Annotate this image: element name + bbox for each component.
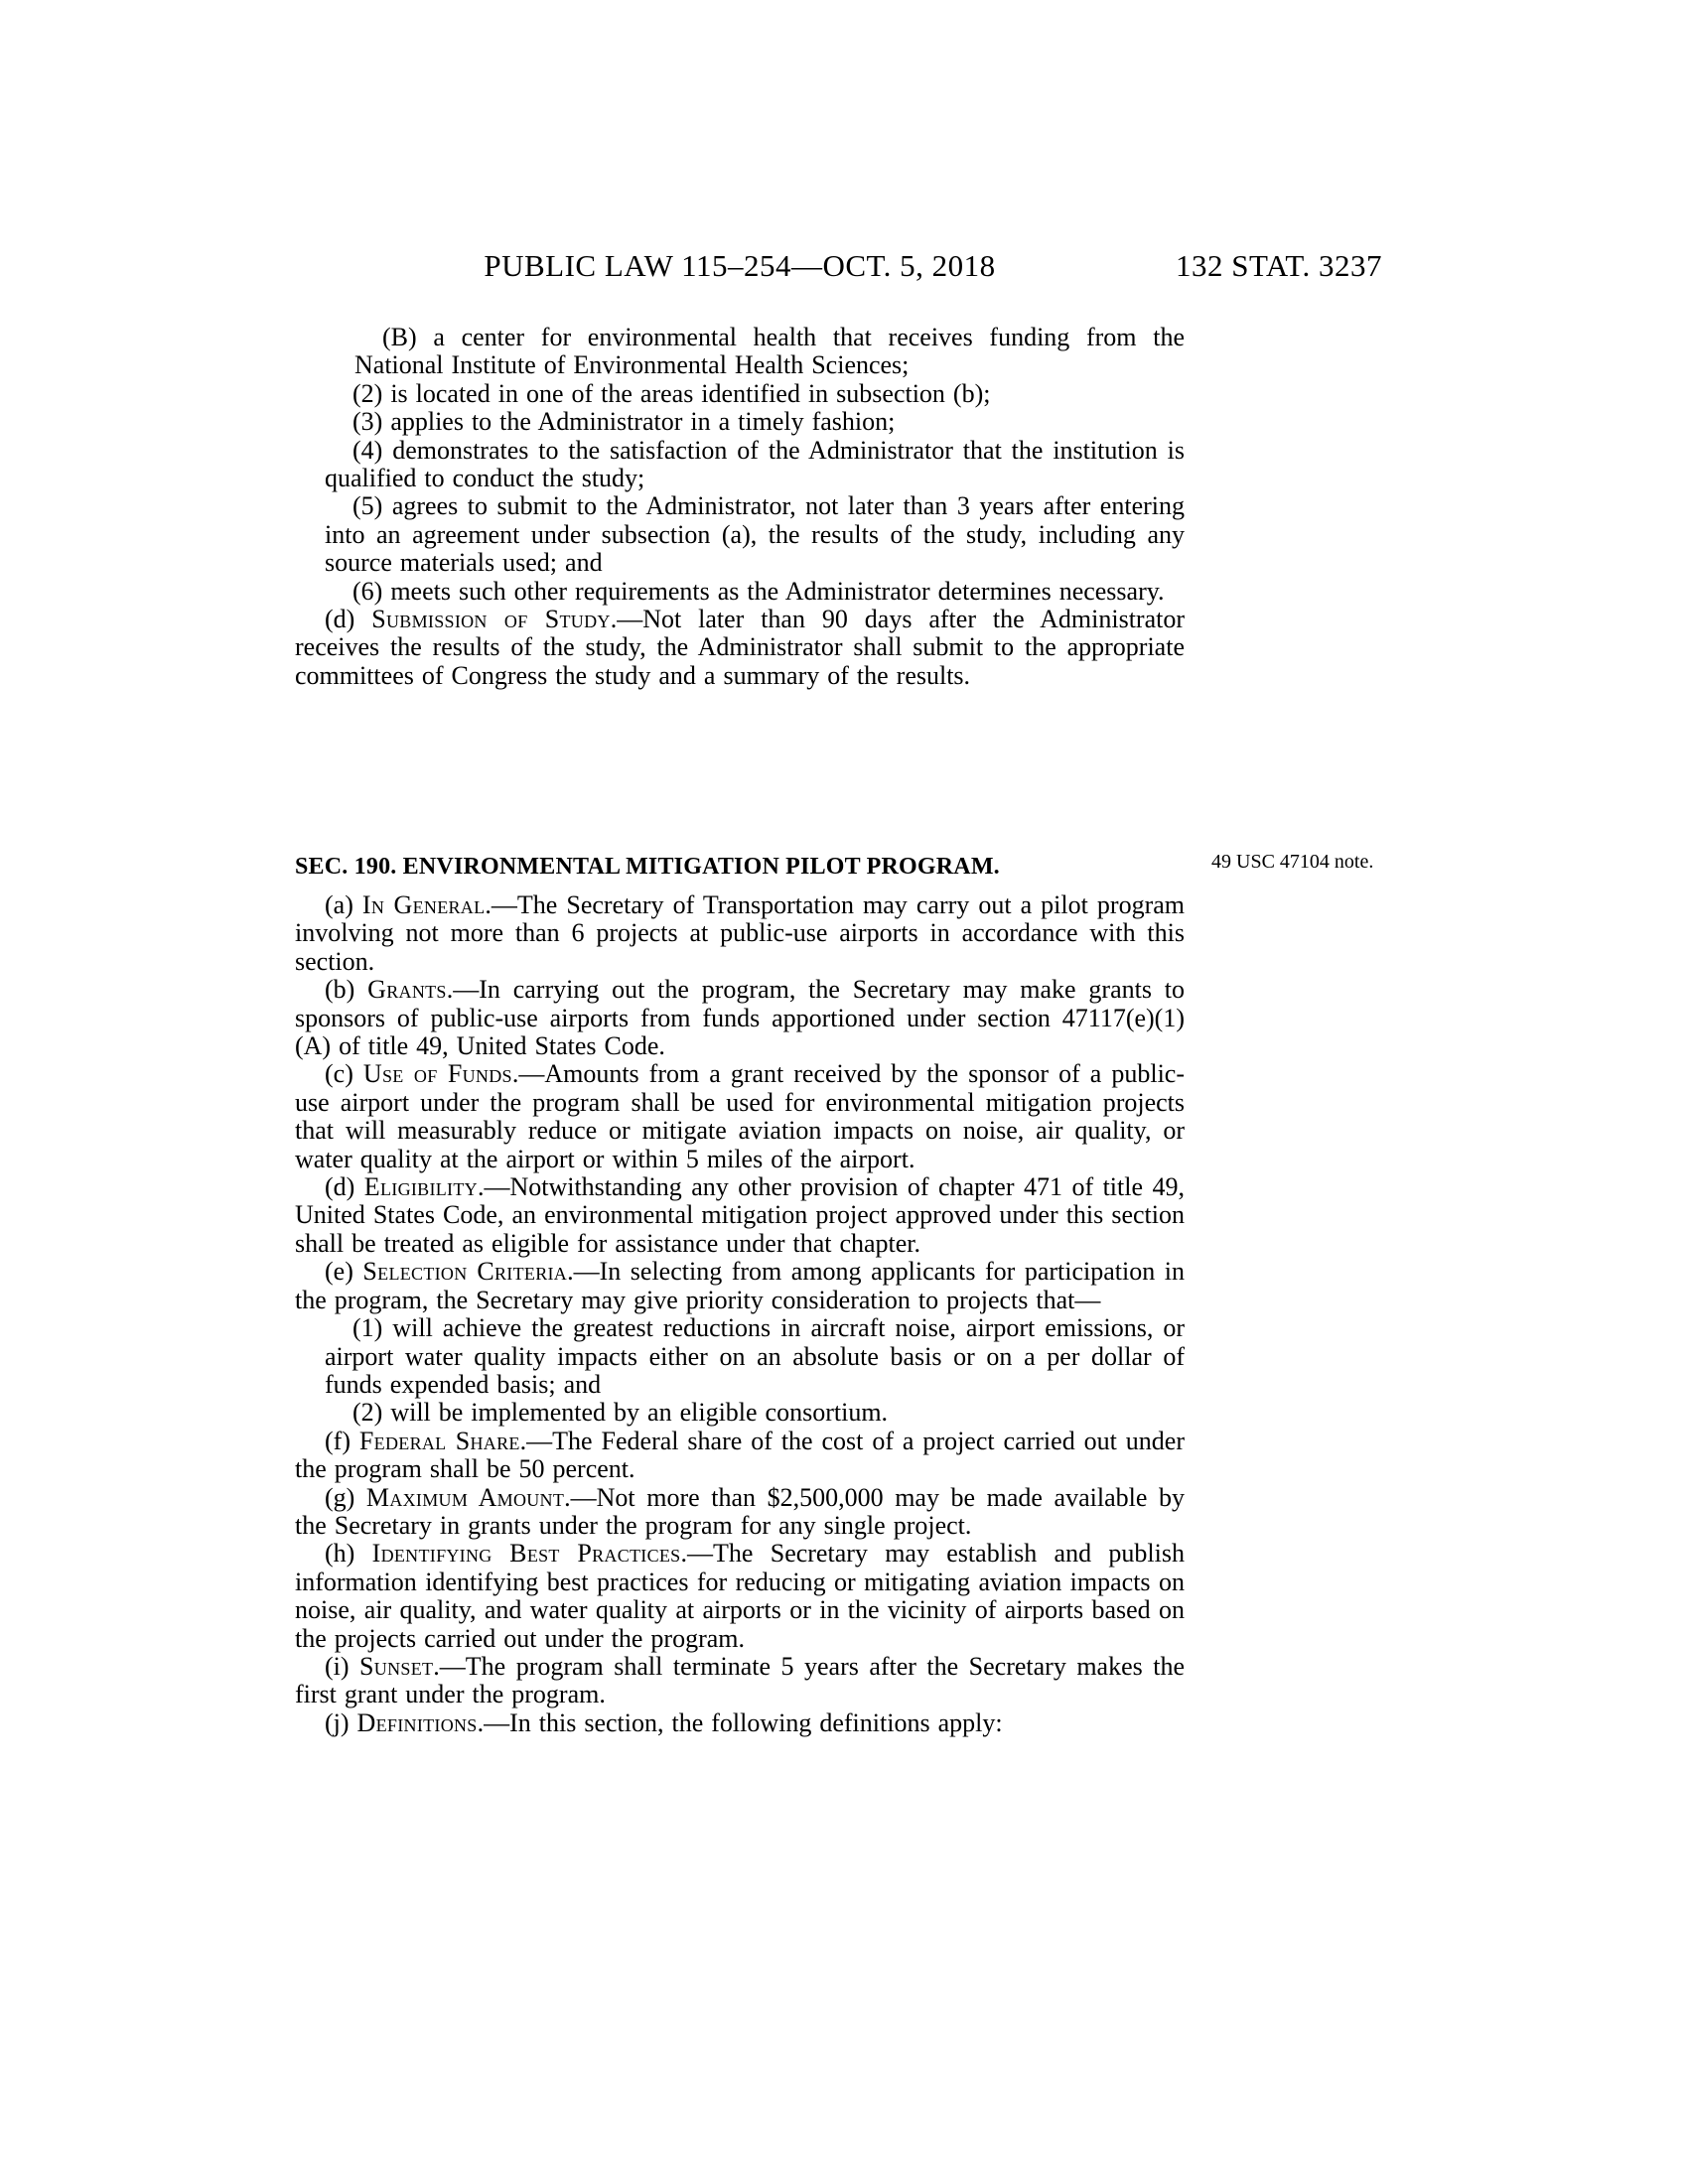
- para-text: .—In this section, the following definit…: [478, 1708, 1003, 1737]
- para-subpara-B: (B) a center for environmental health th…: [354, 324, 1185, 380]
- para-smallcaps: Sunset: [359, 1652, 433, 1681]
- para-prefix: (h): [325, 1539, 372, 1568]
- text-column-upper: (B) a center for environmental health th…: [295, 324, 1185, 690]
- para-text: (6) meets such other requirements as the…: [352, 577, 1165, 606]
- para-text: (5) agrees to submit to the Administrato…: [325, 491, 1185, 577]
- para-subsec-f-federal-share: (f) Federal Share.—The Federal share of …: [295, 1428, 1185, 1484]
- statute-page: PUBLIC LAW 115–254—OCT. 5, 2018 132 STAT…: [0, 0, 1688, 2184]
- para-smallcaps: Maximum Amount: [366, 1483, 564, 1512]
- running-head-law-title: PUBLIC LAW 115–254—OCT. 5, 2018: [295, 248, 1185, 284]
- para-prefix: (d): [325, 1172, 364, 1201]
- para-item-6: (6) meets such other requirements as the…: [325, 578, 1185, 606]
- page-header: PUBLIC LAW 115–254—OCT. 5, 2018 132 STAT…: [295, 248, 1382, 290]
- para-smallcaps: Grants: [367, 975, 447, 1004]
- para-item-2-consortium: (2) will be implemented by an eligible c…: [325, 1399, 1185, 1427]
- para-subsec-c-use-of-funds: (c) Use of Funds.—Amounts from a grant r…: [295, 1060, 1185, 1173]
- para-subsec-d-eligibility: (d) Eligibility.—Notwithstanding any oth…: [295, 1173, 1185, 1258]
- para-prefix: (j): [325, 1708, 357, 1737]
- para-subsec-a-in-general: (a) In General.—The Secretary of Transpo…: [295, 891, 1185, 976]
- margin-note-usc-citation: 49 USC 47104 note.: [1211, 850, 1378, 875]
- para-text: (2) is located in one of the areas ident…: [352, 379, 990, 408]
- para-text: (3) applies to the Administrator in a ti…: [352, 407, 895, 436]
- para-prefix: (e): [325, 1257, 362, 1286]
- para-prefix: (c): [325, 1059, 363, 1088]
- para-subsec-d-submission-of-study: (d) Submission of Study.—Not later than …: [295, 606, 1185, 690]
- para-smallcaps: Identifying Best Practices: [372, 1539, 681, 1568]
- para-item-4: (4) demonstrates to the satisfaction of …: [325, 437, 1185, 493]
- para-subsec-b-grants: (b) Grants.—In carrying out the program,…: [295, 976, 1185, 1060]
- para-subsec-h-best-practices: (h) Identifying Best Practices.—The Secr…: [295, 1540, 1185, 1653]
- para-text: (1) will achieve the greatest reductions…: [325, 1313, 1185, 1399]
- para-prefix: (b): [325, 975, 367, 1004]
- para-item-2: (2) is located in one of the areas ident…: [325, 380, 1185, 408]
- para-smallcaps: In General: [362, 890, 485, 919]
- para-subsec-g-maximum-amount: (g) Maximum Amount.—Not more than $2,500…: [295, 1484, 1185, 1541]
- para-smallcaps: Submission of Study: [371, 605, 610, 633]
- para-prefix: (d): [325, 605, 371, 633]
- para-smallcaps: Use of Funds: [363, 1059, 512, 1088]
- para-smallcaps: Eligibility: [364, 1172, 478, 1201]
- para-prefix: (g): [325, 1483, 366, 1512]
- para-item-3: (3) applies to the Administrator in a ti…: [325, 408, 1185, 436]
- para-prefix: (f): [325, 1427, 359, 1455]
- para-text: (2) will be implemented by an eligible c…: [352, 1398, 888, 1427]
- section-heading: SEC. 190. ENVIRONMENTAL MITIGATION PILOT…: [295, 852, 1185, 882]
- para-smallcaps: Selection Criteria: [362, 1257, 567, 1286]
- para-subsec-e-selection-criteria: (e) Selection Criteria.—In selecting fro…: [295, 1258, 1185, 1314]
- para-prefix: (i): [325, 1652, 359, 1681]
- para-subsec-i-sunset: (i) Sunset.—The program shall terminate …: [295, 1653, 1185, 1709]
- para-smallcaps: Federal Share: [359, 1427, 520, 1455]
- text-column-lower: (a) In General.—The Secretary of Transpo…: [295, 891, 1185, 1737]
- para-subsec-j-definitions: (j) Definitions.—In this section, the fo…: [295, 1709, 1185, 1737]
- para-text: (4) demonstrates to the satisfaction of …: [325, 436, 1185, 492]
- para-text: (B) a center for environmental health th…: [354, 323, 1185, 379]
- para-item-1-noise-reductions: (1) will achieve the greatest reductions…: [325, 1314, 1185, 1399]
- para-smallcaps: Definitions: [357, 1708, 478, 1737]
- para-item-5: (5) agrees to submit to the Administrato…: [325, 492, 1185, 577]
- para-prefix: (a): [325, 890, 362, 919]
- stat-page-number: 132 STAT. 3237: [1176, 248, 1382, 284]
